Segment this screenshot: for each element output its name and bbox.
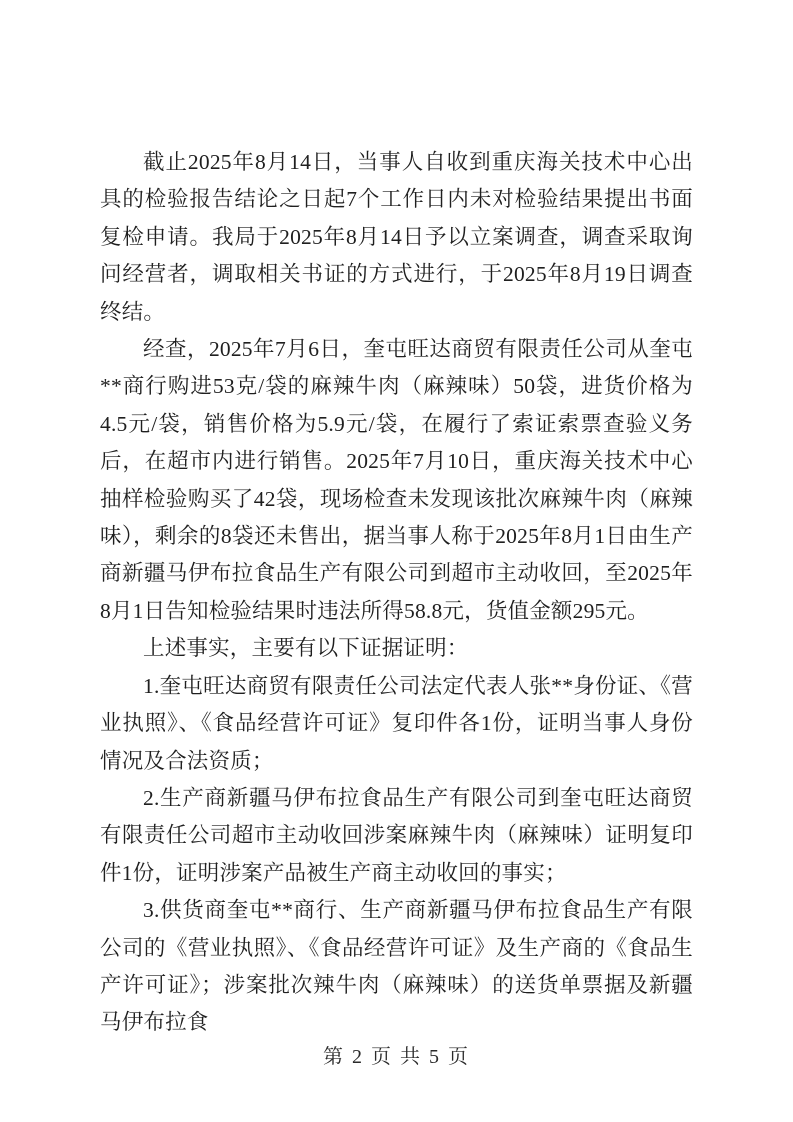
- page-footer: 第 2 页 共 5 页: [0, 1040, 793, 1069]
- page-number-label: 第 2 页 共 5 页: [323, 1046, 470, 1068]
- paragraph-evidence-item-2: 2.生产商新疆马伊布拉食品生产有限公司到奎屯旺达商贸有限责任公司超市主动收回涉案…: [100, 780, 693, 892]
- paragraph-investigation-timeline: 截止2025年8月14日，当事人自收到重庆海关技术中心出具的检验报告结论之日起7…: [100, 144, 693, 331]
- document-body: 截止2025年8月14日，当事人自收到重庆海关技术中心出具的检验报告结论之日起7…: [100, 144, 693, 1042]
- paragraph-evidence-intro: 上述事实，主要有以下证据证明：: [100, 630, 693, 667]
- paragraph-evidence-item-1: 1.奎屯旺达商贸有限责任公司法定代表人张**身份证、《营业执照》、《食品经营许可…: [100, 668, 693, 780]
- document-page: 截止2025年8月14日，当事人自收到重庆海关技术中心出具的检验报告结论之日起7…: [0, 0, 793, 1122]
- paragraph-findings: 经查，2025年7月6日，奎屯旺达商贸有限责任公司从奎屯**商行购进53克/袋的…: [100, 331, 693, 630]
- paragraph-evidence-item-3: 3.供货商奎屯**商行、生产商新疆马伊布拉食品生产有限公司的《营业执照》、《食品…: [100, 892, 693, 1042]
